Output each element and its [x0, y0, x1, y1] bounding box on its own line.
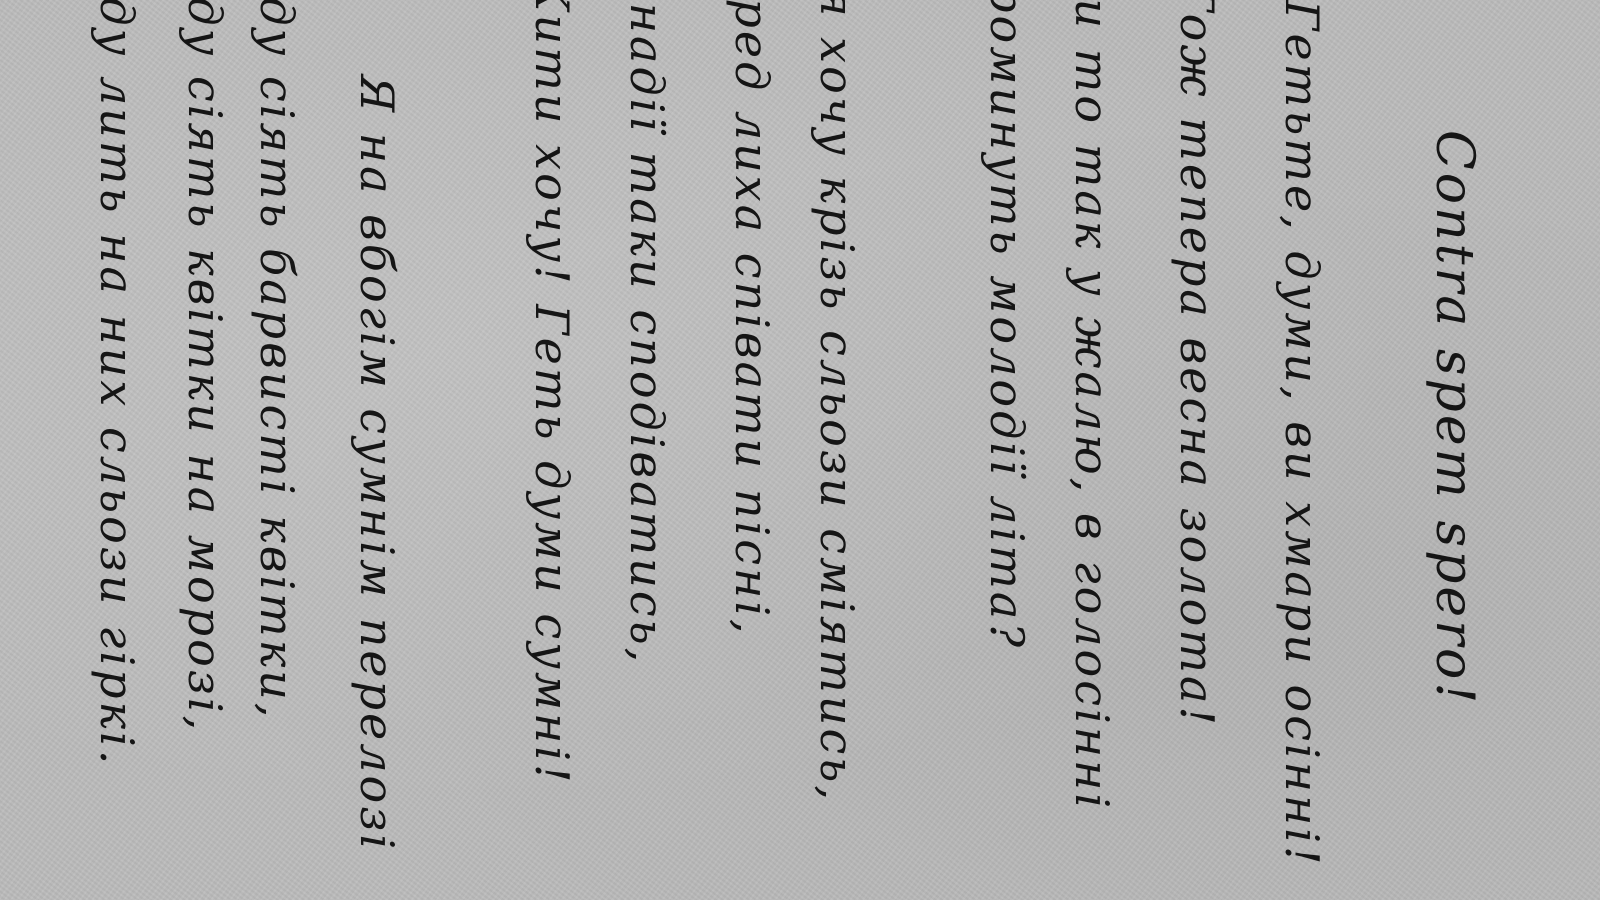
poem-title: Contra spem spero!: [1428, 130, 1480, 706]
poem-line-8: Жити хочу! Геть думи сумні!: [529, 0, 575, 786]
poem-line-9: Я на вбогім сумнім перелозі: [354, 75, 400, 852]
poem-line-10: Буду сіять барвисті квітки,: [254, 0, 300, 721]
poem-line-5: Ні, я хочу крізь сльози сміятись,: [814, 0, 860, 803]
poem-line-12: Буду лить на них сльози гіркі.: [94, 0, 140, 767]
poem-line-11: Буду сіять квітки на морозі,: [182, 0, 228, 733]
poem-line-6: Серед лиха співати пісні,: [729, 0, 775, 637]
poem-line-2: Тож тепера весна золота!: [1174, 0, 1220, 728]
poem-line-7: Без надії таки сподіватись,: [624, 0, 670, 665]
poem-line-3: Чи то так у жалю, в голосінні: [1069, 0, 1115, 811]
manuscript-page: Contra spem spero! Гетьте, думи, ви хмар…: [0, 0, 1600, 900]
poem-line-4: Проминуть молодії літа?: [984, 0, 1030, 650]
poem-line-1: Гетьте, думи, ви хмари осінні!: [1279, 0, 1325, 867]
